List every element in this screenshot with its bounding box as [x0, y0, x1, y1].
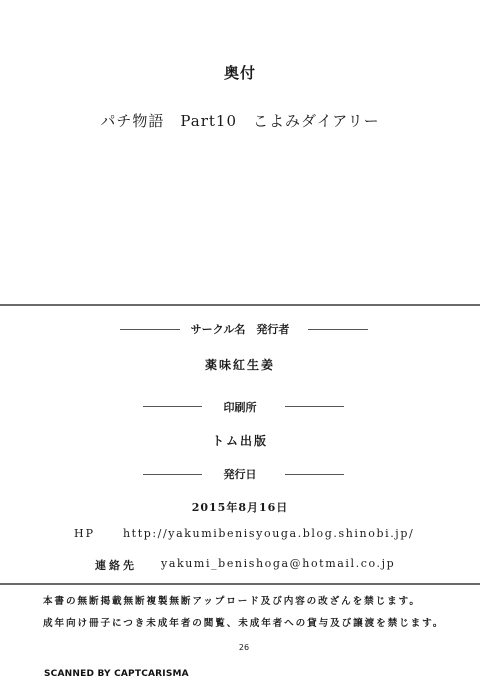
scanner-credit: SCANNED BY CAPTCARISMA	[44, 669, 189, 679]
book-subtitle: こよみダイアリー	[253, 112, 380, 130]
homepage-url: http://yakumibenisyouga.blog.shinobi.jp/	[123, 527, 414, 540]
book-series: パチ物語	[100, 112, 164, 130]
printer-label: 印刷所	[0, 399, 480, 415]
circle-name: 薬味紅生姜	[0, 356, 480, 373]
contact-email: yakumi_benishoga@hotmail.co.jp	[161, 557, 395, 570]
bottom-divider	[0, 583, 480, 585]
top-divider	[0, 304, 480, 306]
publish-date-label: 発行日	[0, 466, 480, 482]
age-restriction-notice: 成年向け冊子につき未成年者の閲覧、未成年者への貸与及び譲渡を禁じます。	[43, 615, 444, 629]
printer-name: トム出版	[0, 432, 480, 449]
page-number: 26	[0, 643, 480, 652]
colophon-heading: 奥付	[0, 62, 480, 83]
contact-label: 連絡先	[95, 557, 137, 573]
homepage-label: HP	[74, 527, 95, 540]
book-title: パチ物語Part10こよみダイアリー	[0, 110, 480, 131]
publish-date: 2015年8月16日	[0, 499, 480, 515]
circle-label: サークル名 発行者	[0, 321, 480, 337]
copyright-notice: 本書の無断掲載無断複製無断アップロード及び内容の改ざんを禁じます。	[43, 593, 421, 607]
book-part: Part10	[180, 112, 237, 130]
